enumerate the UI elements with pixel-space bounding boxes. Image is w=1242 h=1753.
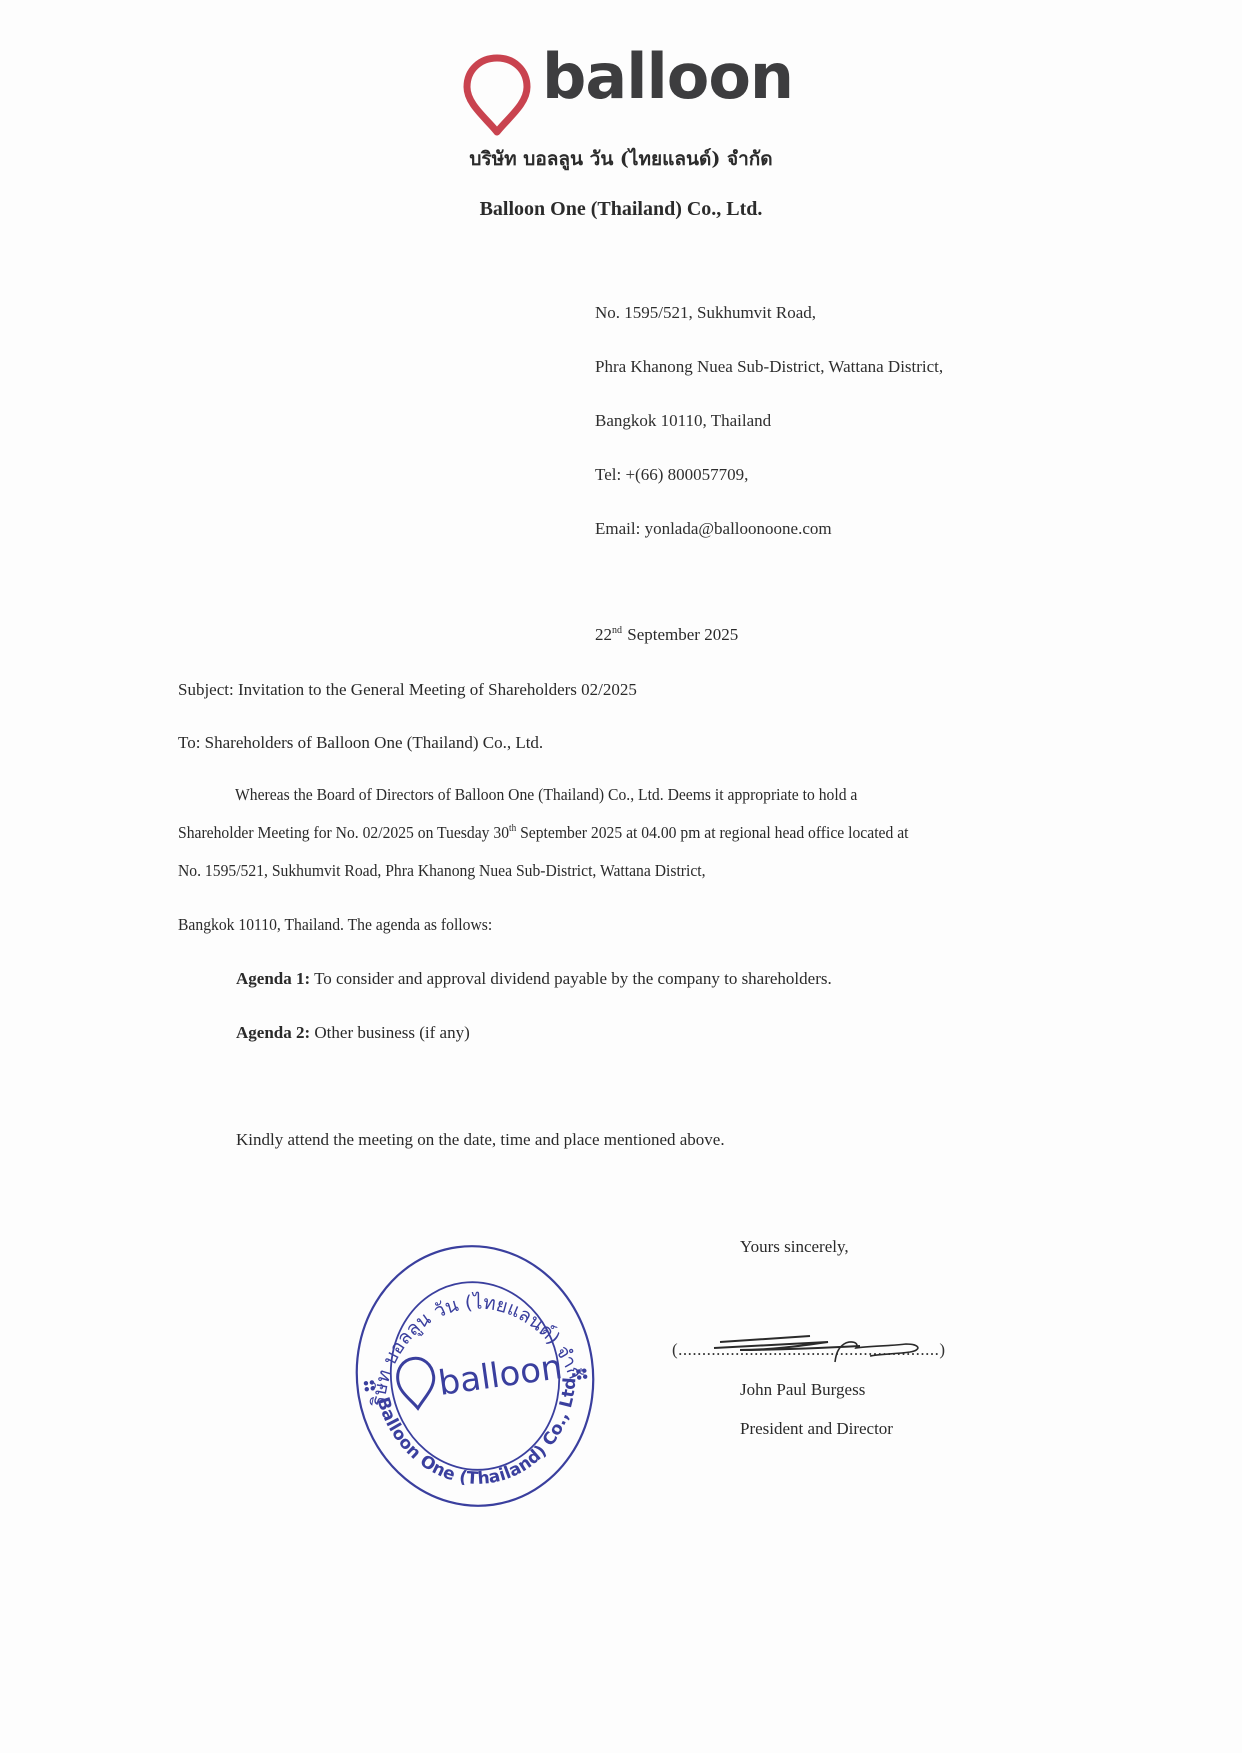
agenda-label: Agenda 1: bbox=[236, 969, 310, 988]
body-line-2-text: Shareholder Meeting for No. 02/2025 on T… bbox=[178, 823, 509, 842]
address-email: Email: yonlada@balloonoone.com bbox=[595, 519, 832, 539]
closing-line: Kindly attend the meeting on the date, t… bbox=[236, 1130, 725, 1150]
body-line-2-text-rest: September 2025 at 04.00 pm at regional h… bbox=[516, 823, 908, 842]
date-month-year: September 2025 bbox=[627, 625, 738, 644]
agenda-label: Agenda 2: bbox=[236, 1023, 310, 1042]
date-suffix: nd bbox=[612, 625, 622, 636]
stamp-seal-icon: บริษัท บอลลูน วัน (ไทยแลนด์) จำกัด Ballo… bbox=[334, 1224, 615, 1528]
logo-wordmark: balloon bbox=[542, 46, 793, 108]
signatory-title: President and Director bbox=[740, 1419, 893, 1439]
english-company-name: Balloon One (Thailand) Co., Ltd. bbox=[0, 198, 1242, 221]
company-logo: balloon bbox=[462, 54, 772, 136]
body-line-4: Bangkok 10110, Thailand. The agenda as f… bbox=[178, 915, 492, 935]
balloon-pin-icon bbox=[462, 54, 532, 136]
body-line-2-sup: th bbox=[509, 823, 516, 834]
handwritten-signature-icon bbox=[710, 1328, 940, 1368]
address-line-1: No. 1595/521, Sukhumvit Road, bbox=[595, 303, 816, 323]
thai-company-name: บริษัท บอลลูน วัน (ไทยแลนด์) จำกัด bbox=[0, 144, 1242, 174]
subject-line: Subject: Invitation to the General Meeti… bbox=[178, 680, 637, 700]
recipient-line: To: Shareholders of Balloon One (Thailan… bbox=[178, 733, 543, 753]
address-tel: Tel: +(66) 800057709, bbox=[595, 465, 748, 485]
company-stamp: บริษัท บอลลูน วัน (ไทยแลนด์) จำกัด Ballo… bbox=[334, 1224, 615, 1528]
signatory-name: John Paul Burgess bbox=[740, 1380, 865, 1400]
address-line-3: Bangkok 10110, Thailand bbox=[595, 411, 771, 431]
agenda-text: Other business (if any) bbox=[310, 1023, 470, 1042]
date-day: 22 bbox=[595, 625, 612, 644]
body-line-2: Shareholder Meeting for No. 02/2025 on T… bbox=[178, 823, 909, 843]
salutation: Yours sincerely, bbox=[740, 1237, 849, 1257]
agenda-item-1: Agenda 1: To consider and approval divid… bbox=[236, 969, 832, 989]
body-line-1: Whereas the Board of Directors of Balloo… bbox=[235, 785, 857, 805]
agenda-item-2: Agenda 2: Other business (if any) bbox=[236, 1023, 470, 1043]
agenda-text: To consider and approval dividend payabl… bbox=[310, 969, 832, 988]
letter-date: 22nd September 2025 bbox=[595, 625, 738, 645]
address-line-2: Phra Khanong Nuea Sub-District, Wattana … bbox=[595, 357, 943, 377]
stamp-center-text: balloon bbox=[436, 1347, 565, 1404]
body-line-3: No. 1595/521, Sukhumvit Road, Phra Khano… bbox=[178, 861, 706, 881]
